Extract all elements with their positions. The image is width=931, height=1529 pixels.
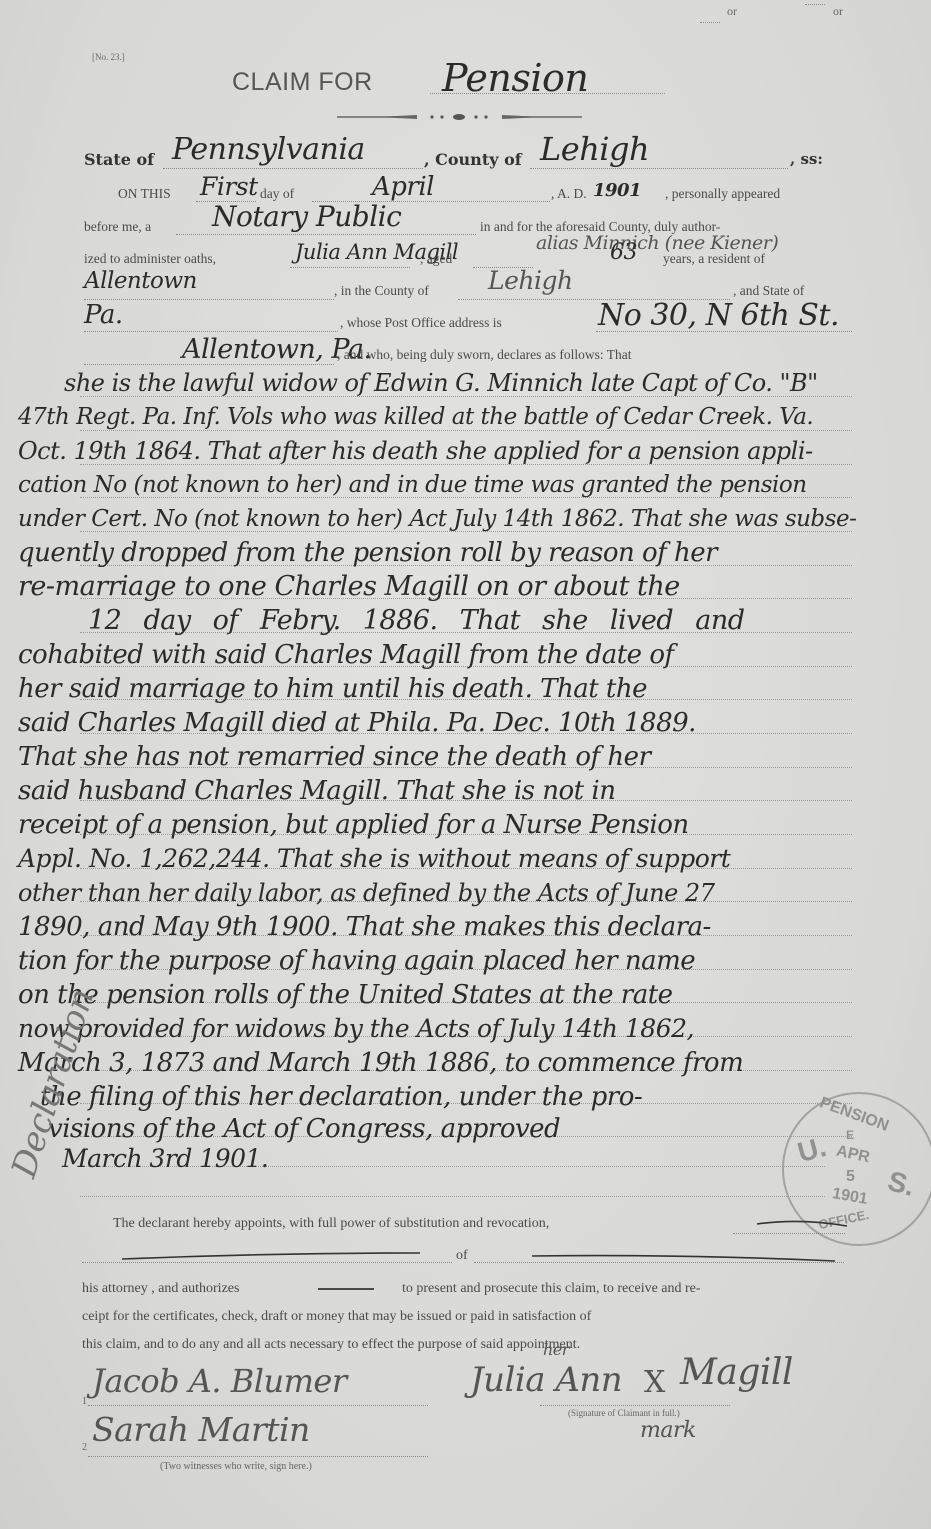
residence-county: Lehigh (488, 266, 573, 295)
declaration-line: 12 day of Febry. 1886. That she lived an… (88, 604, 931, 638)
po-line-2 (84, 364, 334, 365)
declaration-line: on the pension rolls of the United State… (18, 978, 918, 1012)
attorney-of-strike (530, 1248, 840, 1264)
title-line (430, 93, 665, 94)
authorizes-text-3: this claim, and to do any and all acts n… (82, 1337, 580, 1353)
stamp-right: S. (884, 1165, 918, 1203)
state-value: Pennsylvania (172, 132, 365, 167)
claimant-line (290, 267, 410, 268)
residence-state: Pa. (84, 300, 123, 330)
stamp-year: 1901 (831, 1185, 869, 1209)
po-value-line1: No 30, N 6th St. (598, 298, 839, 333)
claimant-surname: Magill (680, 1352, 793, 1393)
resident-label: years, a resident of (663, 251, 765, 267)
claimant-mark: X (644, 1365, 665, 1400)
her-label: her (543, 1340, 569, 1359)
form-number: [No. 23.] (92, 52, 125, 62)
declaration-line: said Charles Magill died at Phila. Pa. D… (18, 706, 918, 740)
month-value: April (372, 172, 434, 202)
witness2-signature: Sarah Martin (92, 1410, 310, 1449)
state-of-label: , and State of (733, 283, 804, 299)
county-value: Lehigh (540, 130, 649, 168)
title-ornament (337, 113, 582, 121)
age-value: 63 (610, 240, 637, 265)
officer-value: Notary Public (212, 200, 401, 233)
year-value: 1901 (593, 180, 641, 201)
declaration-line: re-marriage to one Charles Magill on or … (18, 570, 918, 604)
sworn-label: , and who, being duly sworn, declares as… (337, 347, 631, 363)
declaration-line: cohabited with said Charles Magill from … (18, 638, 918, 672)
declaration-line: cation No (not known to her) and in due … (18, 468, 918, 502)
form-title: CLAIM FOR (232, 68, 373, 97)
declaration-line: receipt of a pension, but applied for a … (18, 808, 918, 842)
claimant-signature: Julia Ann (470, 1360, 622, 1400)
state-label: State of (84, 150, 154, 169)
declaration-line: now provided for widows by the Acts of J… (18, 1012, 918, 1046)
appeared-label: , personally appeared (665, 186, 780, 202)
on-this-label: ON THIS (118, 186, 171, 202)
declaration-line: Appl. No. 1,262,244. That she is without… (18, 842, 918, 876)
declaration-line: March 3, 1873 and March 19th 1886, to co… (18, 1046, 918, 1080)
ad-label: , A. D. (551, 186, 587, 202)
stamp-letter: E (846, 1128, 854, 1142)
corner-mark-1: or (727, 4, 737, 19)
corner-dash (700, 22, 720, 23)
county-label: , County of (424, 150, 522, 169)
declaration-line: Oct. 19th 1864. That after his death she… (18, 434, 918, 468)
ss-label: , ss: (790, 150, 823, 168)
witness-caption: (Two witnesses who write, sign here.) (160, 1461, 312, 1472)
before-me-label: before me, a (84, 219, 151, 235)
pension-claim-form: or or [No. 23.] CLAIM FOR Pension State … (0, 0, 931, 1529)
declaration-line: quently dropped from the pension roll by… (18, 536, 918, 570)
authorizes-strike (316, 1284, 376, 1294)
authorizes-text-1b: to present and prosecute this claim, to … (402, 1281, 701, 1297)
appoints-line (733, 1233, 845, 1234)
of-label: of (456, 1248, 468, 1264)
administer-label: ized to administer oaths, (84, 251, 216, 267)
declaration-line: 47th Regt. Pa. Inf. Vols who was killed … (18, 400, 918, 434)
authorizes-text-1: his attorney , and authorizes (82, 1281, 239, 1297)
appoints-text: The declarant hereby appoints, with full… (113, 1216, 549, 1232)
county-of-label: , in the County of (334, 283, 429, 299)
declaration-line: under Cert. No (not known to her) Act Ju… (18, 502, 918, 536)
officer-line (176, 234, 476, 235)
attorney-strike (755, 1218, 850, 1232)
witness2-number: 2 (82, 1442, 87, 1453)
witness2-line (88, 1456, 428, 1457)
declaration-line: other than her daily labor, as defined b… (18, 876, 918, 910)
po-line (596, 331, 852, 332)
witness1-signature: Jacob A. Blumer (92, 1362, 347, 1400)
declaration-line: her said marriage to him until his death… (18, 672, 918, 706)
claimant-caption: (Signature of Claimant in full.) (568, 1408, 680, 1418)
claimant-line (540, 1405, 730, 1406)
declaration-line: the filing of this her declaration, unde… (40, 1080, 931, 1114)
witness1-line (88, 1405, 428, 1406)
corner-mark-2: or (833, 4, 843, 19)
declaration-line: tion for the purpose of having again pla… (18, 944, 918, 978)
county-line (530, 168, 788, 169)
corner-dash (805, 4, 825, 5)
stamp-left: U. (794, 1131, 829, 1169)
declaration-line: she is the lawful widow of Edwin G. Minn… (64, 366, 931, 400)
res-state-line (84, 331, 338, 332)
declaration-line: That she has not remarried since the dea… (18, 740, 918, 774)
po-label: , whose Post Office address is (340, 315, 502, 331)
residence-city: Allentown (84, 268, 197, 294)
stamp-month: APR (834, 1143, 871, 1168)
authorizes-text-2: ceipt for the certificates, check, draft… (82, 1309, 591, 1325)
mark-label: mark (640, 1418, 696, 1443)
stamp-day: 5 (846, 1168, 855, 1186)
aged-label: , aged (420, 251, 452, 267)
declaration-line: 1890, and May 9th 1900. That she makes t… (18, 910, 918, 944)
declaration-line: said husband Charles Magill. That she is… (18, 774, 918, 808)
attorney-name-strike (120, 1247, 420, 1263)
state-line (163, 168, 423, 169)
day-value: First (200, 172, 258, 201)
witness1-number: 1 (82, 1396, 87, 1407)
